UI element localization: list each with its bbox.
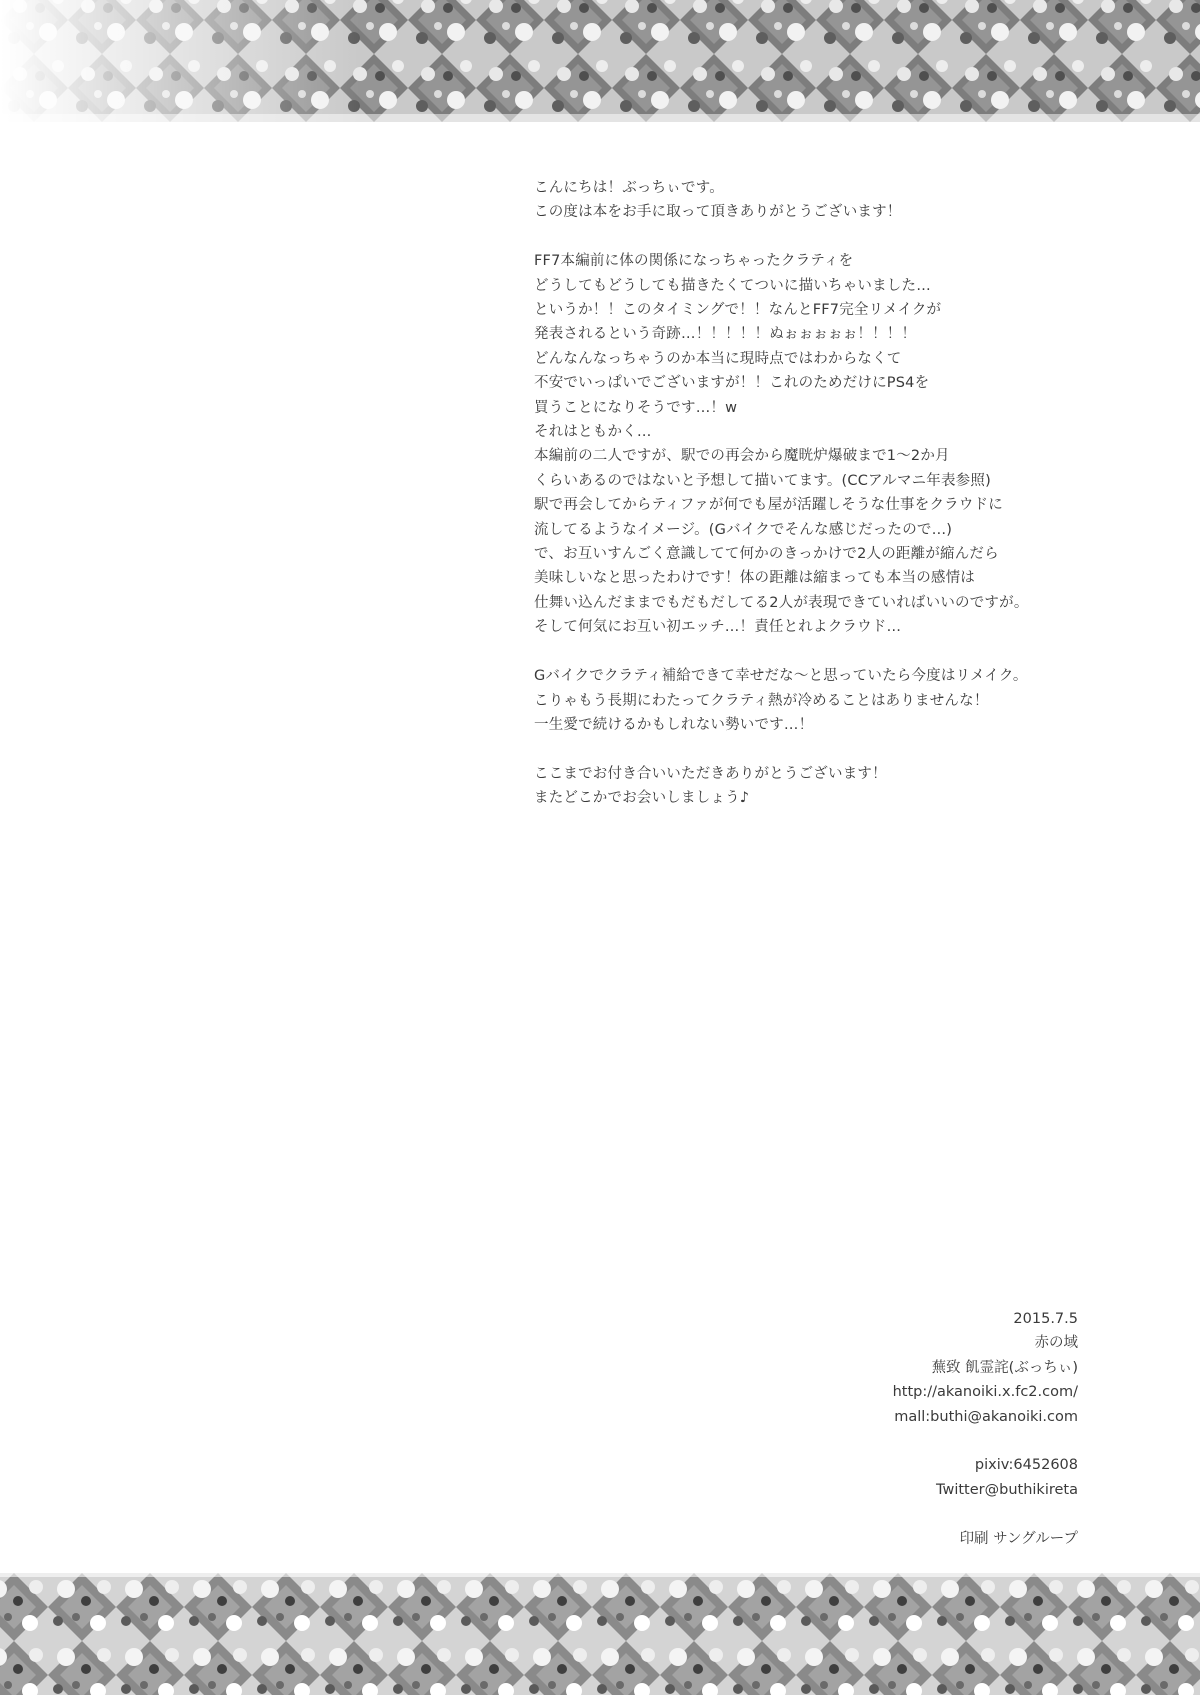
afterword-line: ここまでお付き合いいただきありがとうございます！ [534,762,1094,786]
circle-name: 赤の域 [893,1331,1078,1355]
afterword-line: くらいあるのではないと予想して描いてます。(CCアルマニ年表参照) [534,469,1094,493]
afterword-line: 駅で再会してからティファが何でも屋が活躍しそうな仕事をクラウドに [534,493,1094,517]
afterword-line: というか！！このタイミングで！！なんとFF7完全リメイクが [534,298,1094,322]
afterword-line: 本編前の二人ですが、駅での再会から魔晄炉爆破まで1～2か月 [534,444,1094,468]
afterword-line: どんなんなっちゃうのか本当に現時点ではわからなくて [534,347,1094,371]
afterword-line: で、お互いすんごく意識してて何かのきっかけで2人の距離が縮んだら [534,542,1094,566]
website-url: http://akanoiki.x.fc2.com/ [893,1380,1078,1404]
afterword-text: こんにちは！ぶっちぃです。 この度は本をお手に取って頂きありがとうございます！ … [534,176,1094,811]
afterword-line: 仕舞い込んだままでもだもだしてる2人が表現できていればいいのですが。 [534,591,1094,615]
afterword-line: 美味しいなと思ったわけです！体の距離は縮まっても本当の感情は [534,566,1094,590]
argyle-pattern-bottom [0,1573,1200,1695]
printer-name: 印刷 サングループ [893,1527,1078,1551]
afterword-line: 流してるようなイメージ。(Gバイクでそんな感じだったので…) [534,518,1094,542]
publication-date: 2015.7.5 [893,1307,1078,1331]
top-decorative-band [0,0,1200,122]
afterword-line: 一生愛で続けるかもしれない勢いです…！ [534,713,1094,737]
mail-address: mall:buthi@akanoiki.com [893,1405,1078,1429]
afterword-line: 不安でいっぱいでございますが！！これのためだけにPS4を [534,371,1094,395]
afterword-line: この度は本をお手に取って頂きありがとうございます！ [534,200,1094,224]
afterword-line: 発表されるという奇跡…！！！！！ぬぉぉぉぉぉ！！！！ [534,322,1094,346]
afterword-line: 買うことになりそうです…！w [534,396,1094,420]
author-name: 蕪致 飢霊詫(ぶっちぃ) [893,1356,1078,1380]
afterword-line: Gバイクでクラティ補給できて幸せだな～と思っていたら今度はリメイク。 [534,664,1094,688]
afterword-line: こんにちは！ぶっちぃです。 [534,176,1094,200]
afterword-line: またどこかでお会いしましょう♪ [534,786,1094,810]
colophon: 2015.7.5 赤の域 蕪致 飢霊詫(ぶっちぃ) http://akanoik… [893,1307,1078,1551]
argyle-pattern-top [0,0,1200,122]
bottom-decorative-band [0,1573,1200,1695]
afterword-line: どうしてもどうしても描きたくてついに描いちゃいました… [534,274,1094,298]
twitter-handle: Twitter@buthikireta [893,1478,1078,1502]
afterword-line: こりゃもう長期にわたってクラティ熱が冷めることはありませんな！ [534,689,1094,713]
afterword-line: FF7本編前に体の関係になっちゃったクラティを [534,249,1094,273]
afterword-line: そして何気にお互い初エッチ…！責任とれよクラウド… [534,615,1094,639]
afterword-line: それはともかく… [534,420,1094,444]
pixiv-id: pixiv:6452608 [893,1453,1078,1477]
